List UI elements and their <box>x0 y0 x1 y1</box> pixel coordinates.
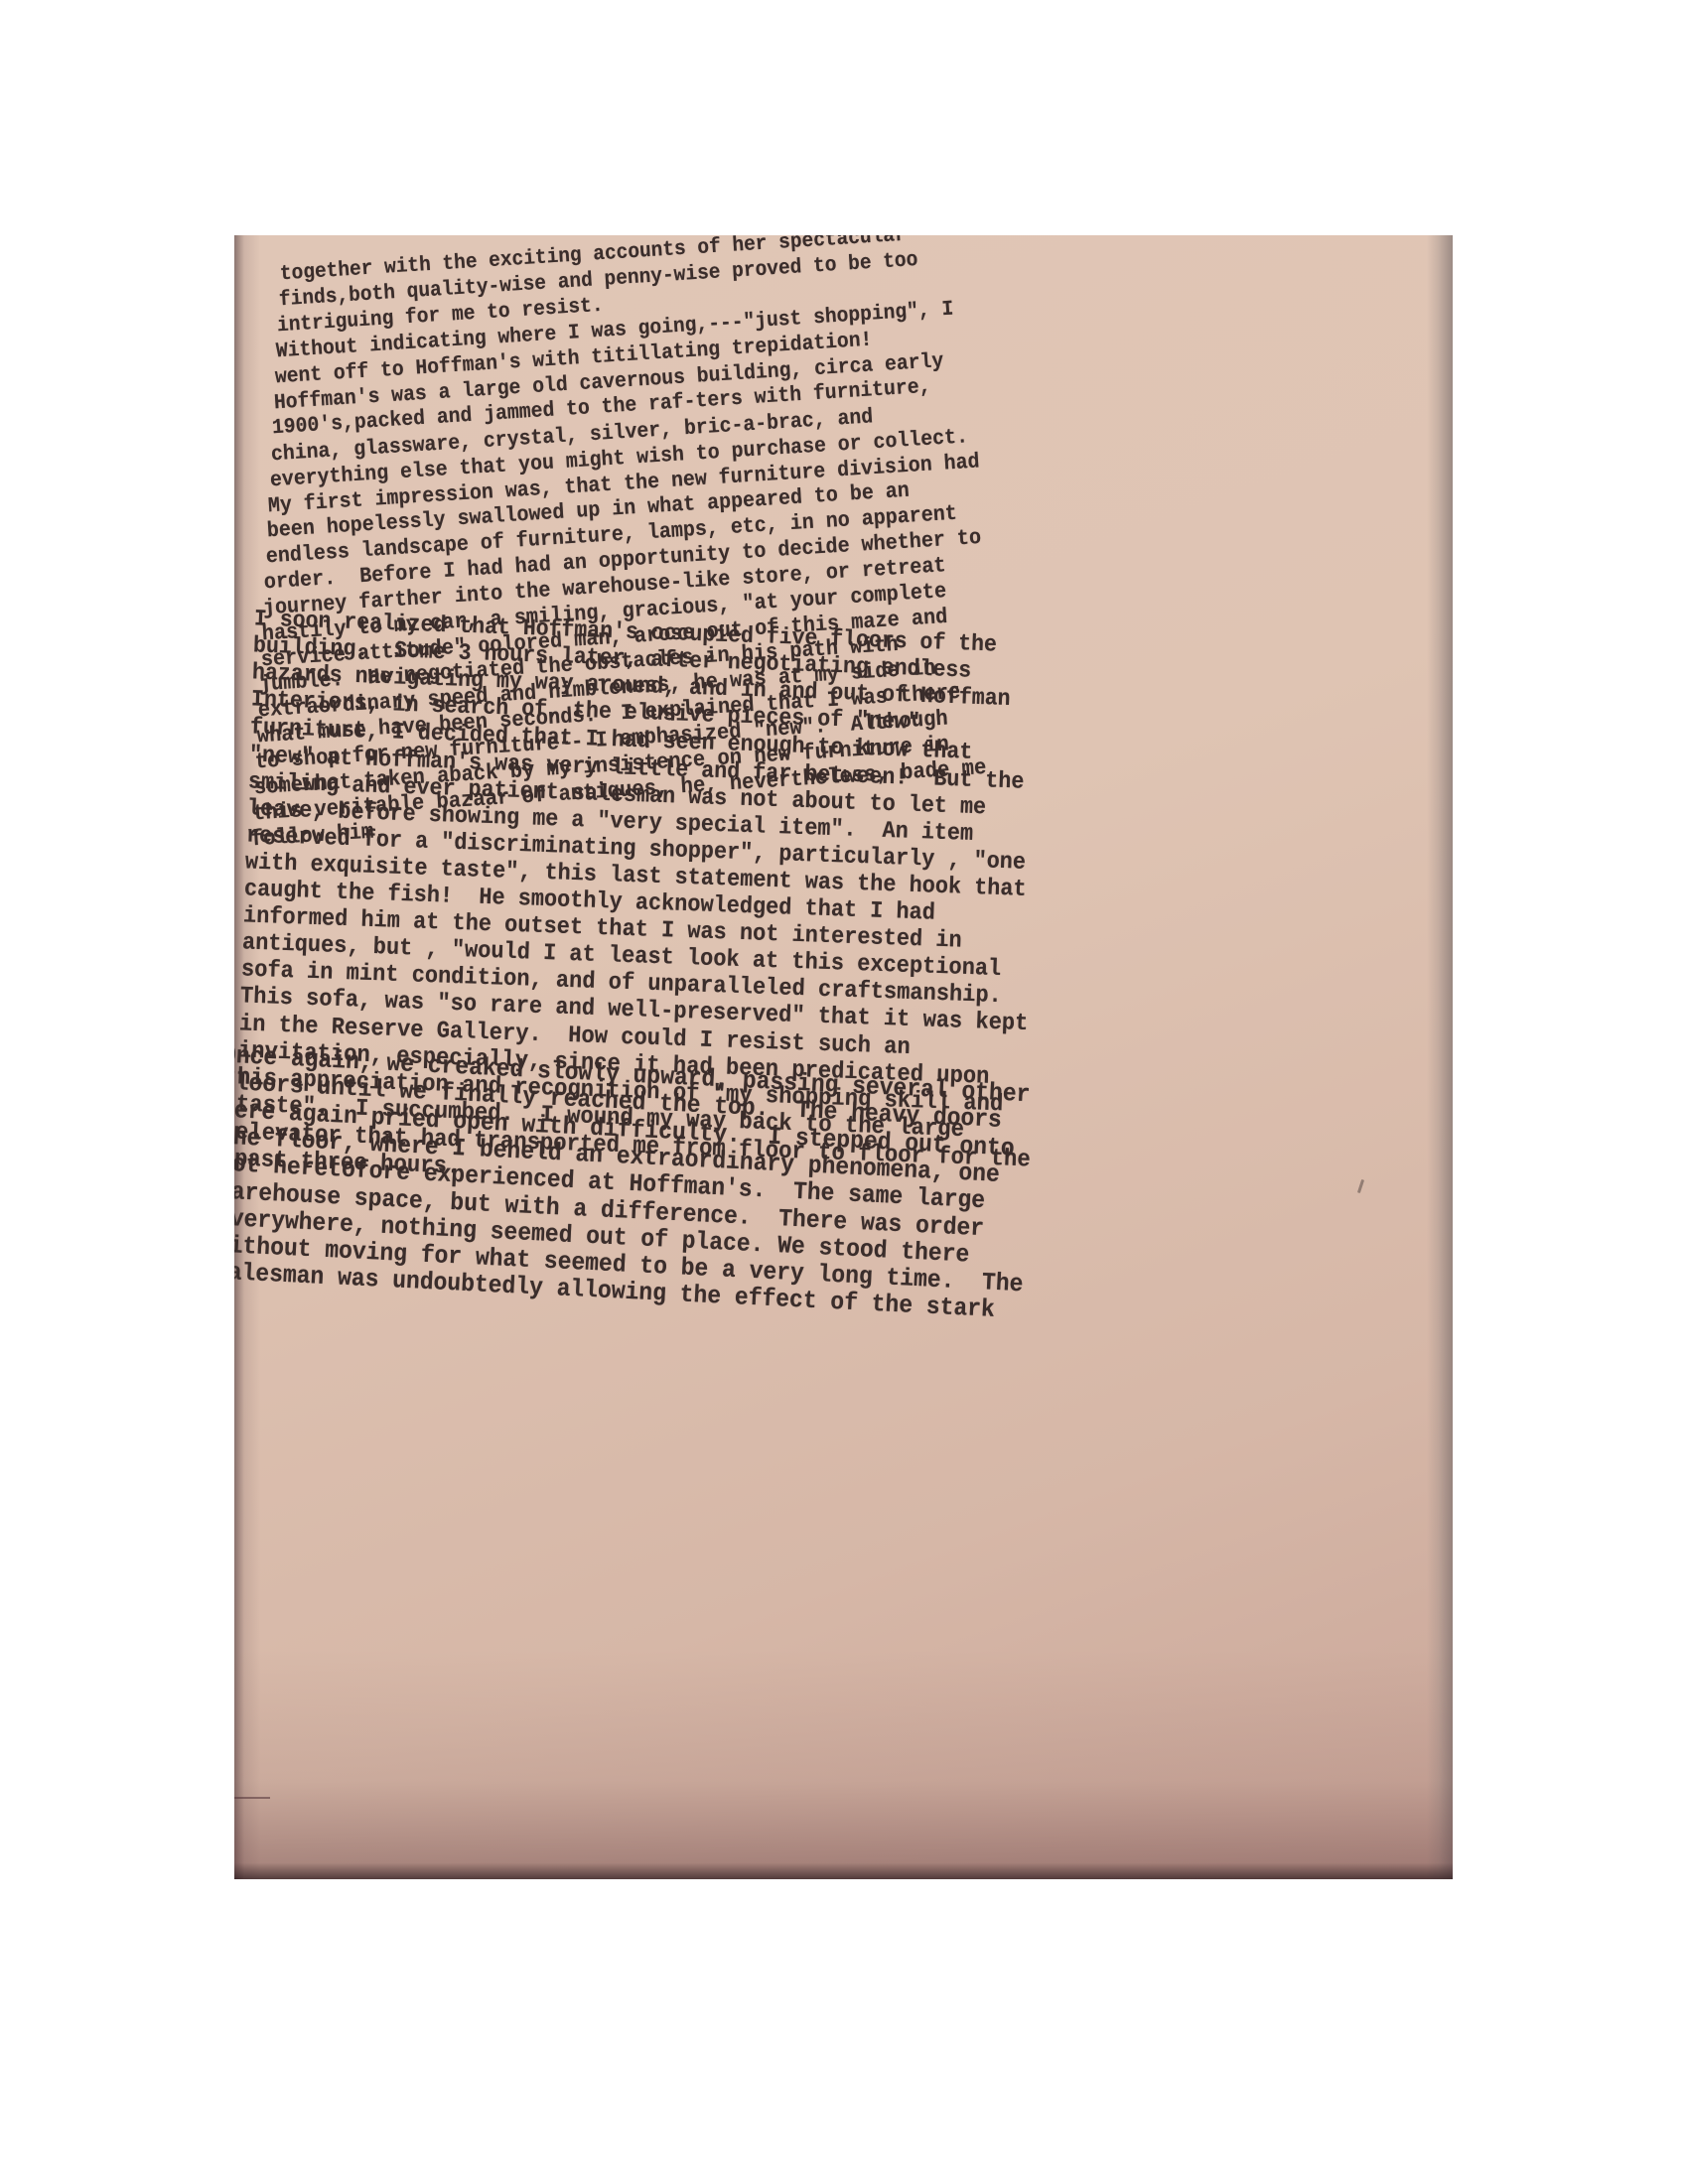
typewritten-text-body: together with the exciting accounts of h… <box>234 235 1453 1879</box>
page-photograph: together with the exciting accounts of h… <box>234 235 1453 1879</box>
